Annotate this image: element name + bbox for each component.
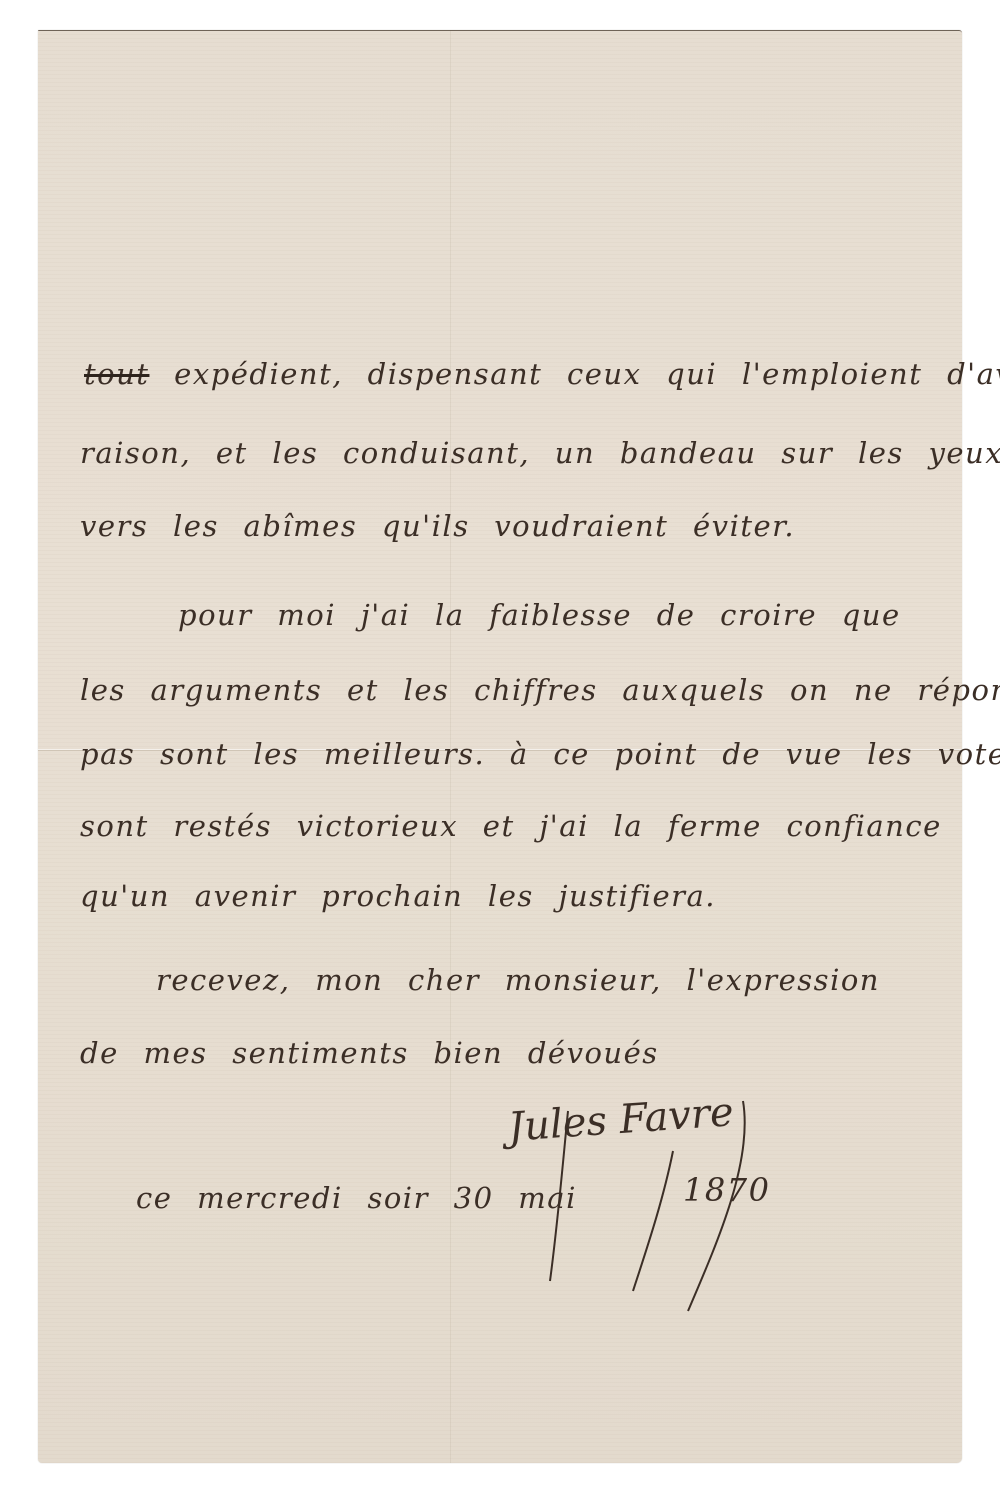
dateline-year: 1870 [683, 1171, 770, 1209]
date-separator-stroke [628, 1146, 678, 1296]
letter-page: tout expédient, dispensant ceux qui l'em… [38, 30, 962, 1463]
letter-line-6: pas sont les meilleurs. à ce point de vu… [80, 737, 1000, 771]
letter-line-7: sont restés victorieux et j'ai la ferme … [80, 809, 942, 843]
struck-word: tout [84, 357, 149, 391]
dateline: ce mercredi soir 30 mai [136, 1181, 577, 1215]
letter-line-9-closing: recevez, mon cher monsieur, l'expression [156, 963, 880, 997]
letter-line-5: les arguments et les chiffres auxquels o… [80, 673, 1000, 707]
letter-line-4: pour moi j'ai la faiblesse de croire que [178, 598, 901, 632]
letter-line-8: qu'un avenir prochain les justifiera. [80, 879, 716, 913]
letter-line-2: raison, et les conduisant, un bandeau su… [80, 436, 1000, 470]
letter-line-1: tout expédient, dispensant ceux qui l'em… [84, 357, 1000, 391]
letter-line-3: vers les abîmes qu'ils voudraient éviter… [80, 509, 795, 543]
letter-line-10-closing: de mes sentiments bien dévoués [80, 1036, 659, 1070]
